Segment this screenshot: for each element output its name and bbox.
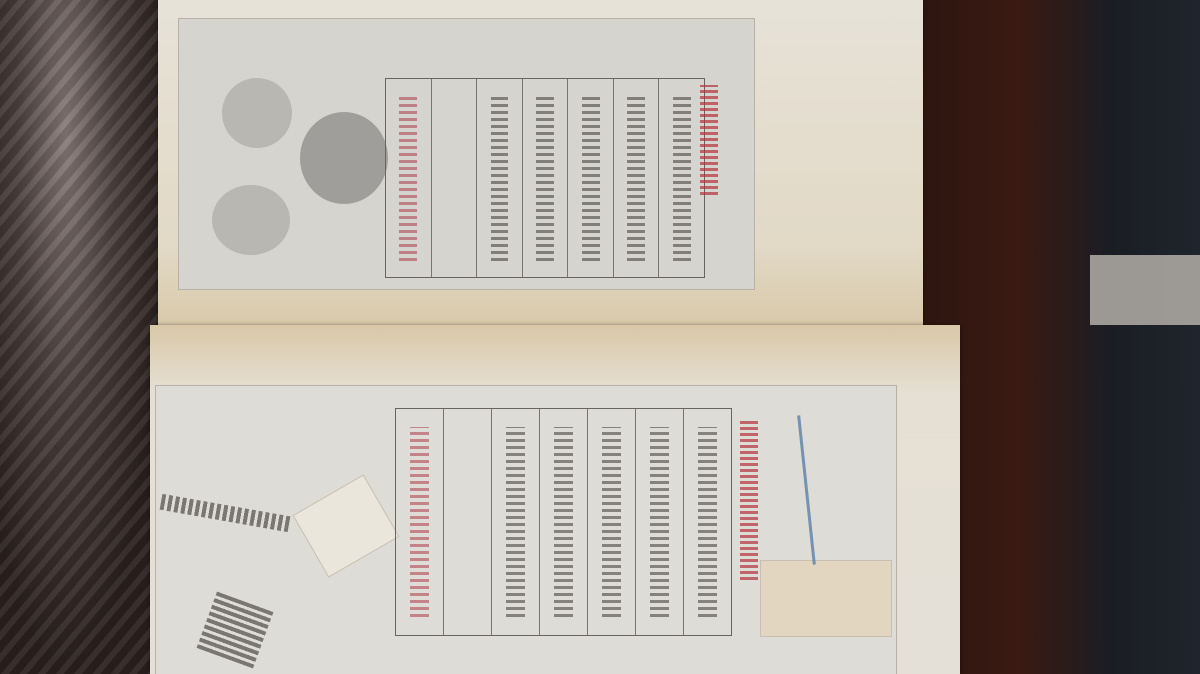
text-column xyxy=(523,79,569,277)
paper-patch xyxy=(760,560,892,637)
text-column xyxy=(568,79,614,277)
text-column xyxy=(432,79,478,277)
text-column xyxy=(636,409,684,635)
text-column xyxy=(588,409,636,635)
faded-medallion xyxy=(222,78,292,148)
text-column xyxy=(396,409,444,635)
leather-surface xyxy=(0,0,165,674)
medallion-ornament xyxy=(300,112,388,204)
upper-text-block xyxy=(385,78,705,278)
text-column xyxy=(614,79,660,277)
text-column xyxy=(444,409,492,635)
red-heading xyxy=(740,420,758,580)
lower-text-block xyxy=(395,408,732,636)
red-heading xyxy=(700,85,718,195)
light-patch xyxy=(1090,255,1200,325)
text-column xyxy=(659,79,704,277)
text-column xyxy=(684,409,731,635)
faded-medallion xyxy=(212,185,290,255)
text-column xyxy=(492,409,540,635)
text-column xyxy=(540,409,588,635)
text-column xyxy=(477,79,523,277)
text-column xyxy=(386,79,432,277)
